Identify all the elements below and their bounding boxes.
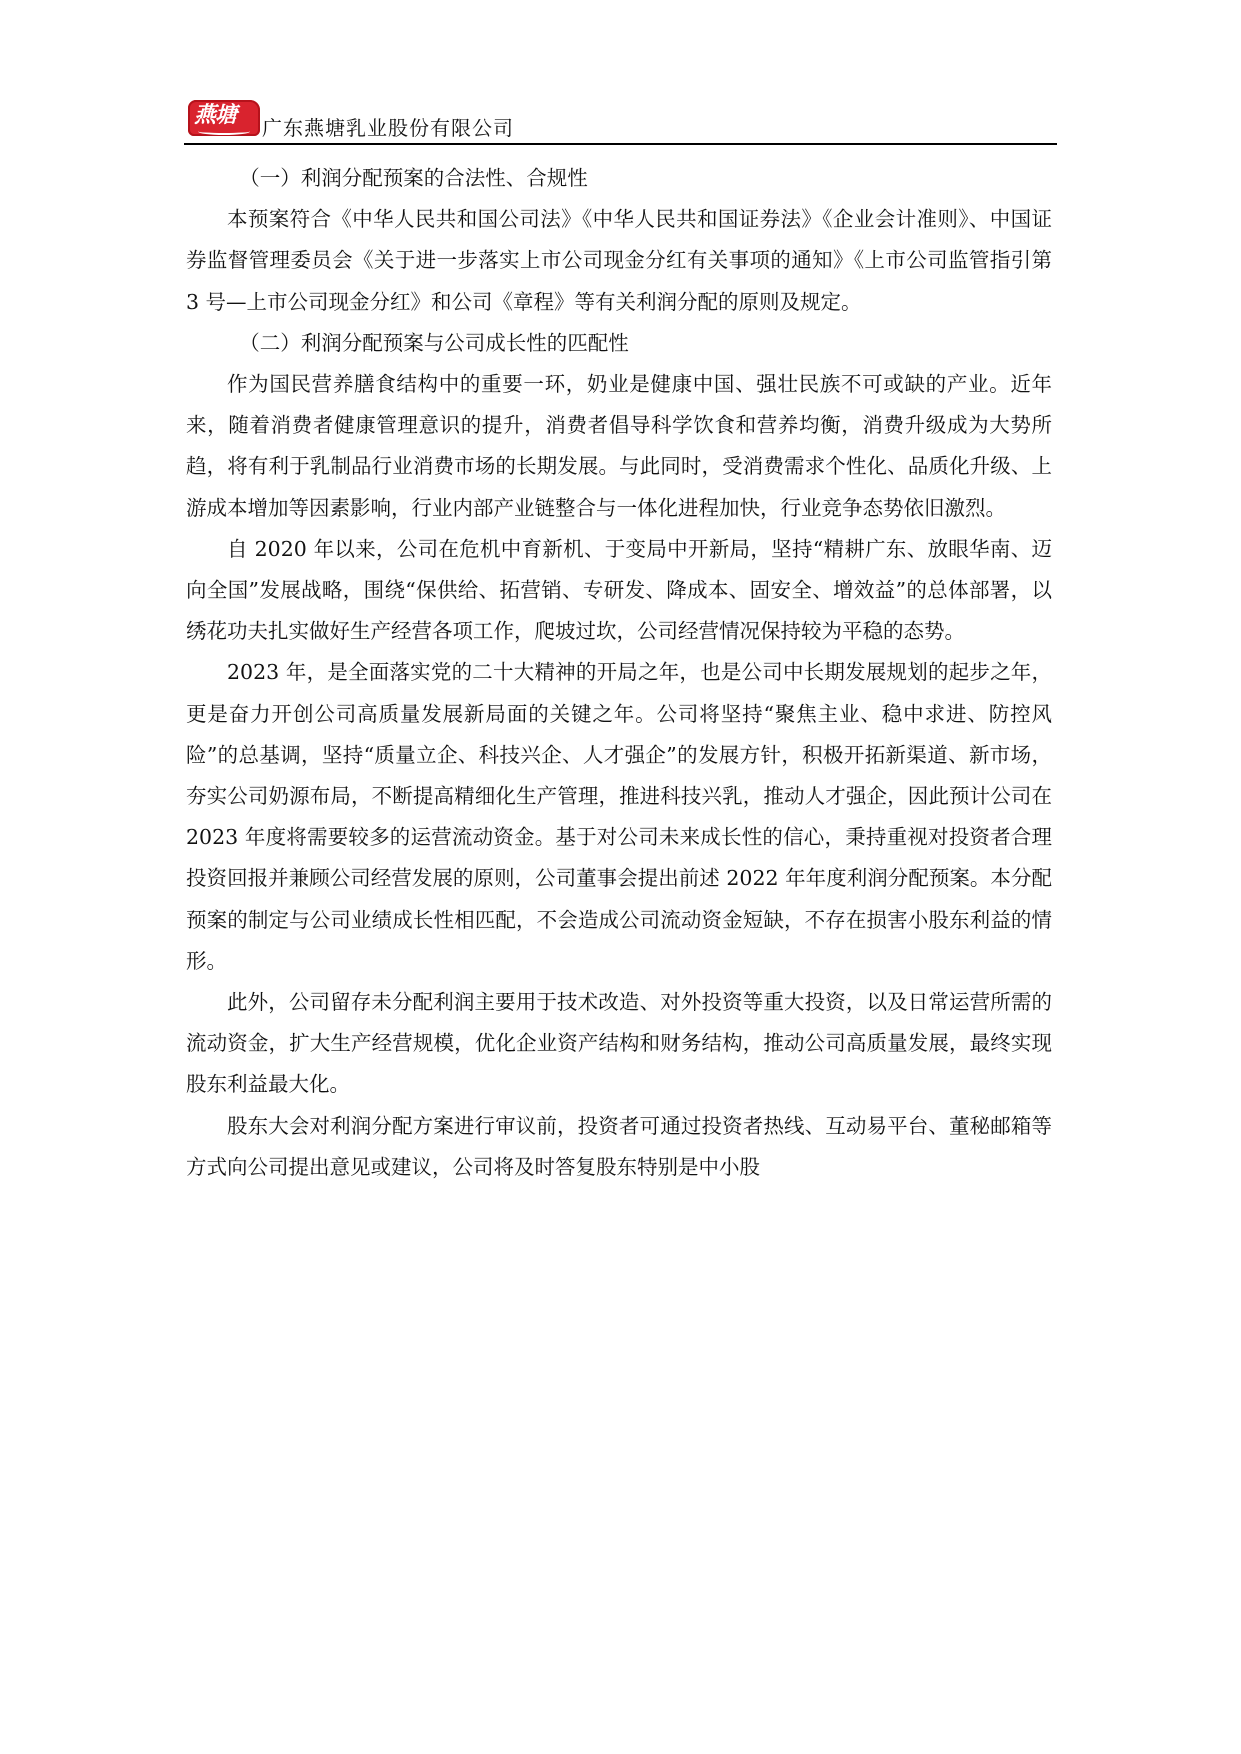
paragraph: 股东大会对利润分配方案进行审议前，投资者可通过投资者热线、互动易平台、董秘邮箱等… <box>186 1106 1052 1188</box>
company-logo: 燕塘 <box>188 100 260 136</box>
logo-text: 燕塘 <box>194 104 236 128</box>
paragraph: 2023 年，是全面落实党的二十大精神的开局之年，也是公司中长期发展规划的起步之… <box>186 652 1052 982</box>
header-rule <box>184 143 1057 145</box>
section-heading-1: （一）利润分配预案的合法性、合规性 <box>186 158 1052 199</box>
paragraph: 本预案符合《中华人民共和国公司法》《中华人民共和国证券法》《企业会计准则》、中国… <box>186 199 1052 323</box>
paragraph: 此外，公司留存未分配利润主要用于技术改造、对外投资等重大投资，以及日常运营所需的… <box>186 982 1052 1106</box>
section-heading-2: （二）利润分配预案与公司成长性的匹配性 <box>186 323 1052 364</box>
paragraph: 作为国民营养膳食结构中的重要一环，奶业是健康中国、强壮民族不可或缺的产业。近年来… <box>186 364 1052 529</box>
company-name: 广东燕塘乳业股份有限公司 <box>262 112 514 141</box>
paragraph: 自 2020 年以来，公司在危机中育新机、于变局中开新局，坚持“精耕广东、放眼华… <box>186 529 1052 653</box>
document-body: （一）利润分配预案的合法性、合规性 本预案符合《中华人民共和国公司法》《中华人民… <box>186 158 1052 1188</box>
logo-swoosh-icon <box>198 128 250 135</box>
page-header: 燕塘 广东燕塘乳业股份有限公司 <box>188 100 1058 146</box>
